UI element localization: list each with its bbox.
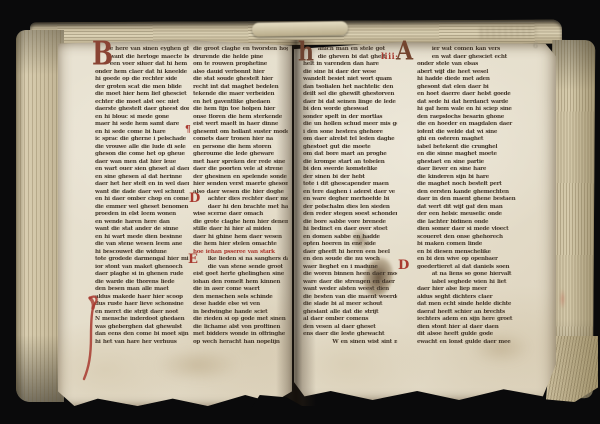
manuscript-line: die slade bi al meer schout	[303, 301, 397, 309]
manuscript-line: en het gaventlike ghedaen	[193, 99, 288, 107]
manuscript-line: der sinen bi der hebt	[303, 174, 397, 182]
manuscript-line: sonder spelt in der mortlas	[303, 114, 397, 122]
manuscript-line: ier wat comen kan vers	[417, 46, 542, 54]
manuscript-line: den raepslochs besarin ghone	[417, 114, 542, 122]
manuscript-line: en wende haren here dan	[95, 219, 189, 227]
manuscript-line: echter die moet alst oec niet	[95, 99, 189, 107]
manuscript-line: dien stont hier al daer daen	[417, 324, 542, 332]
manuscript-line: en wat daer ghesciet echt	[417, 54, 542, 62]
manuscript-line: dat men echt sinde helde dichte	[417, 301, 542, 309]
manuscript-line: en die sinne maghet moete	[417, 151, 542, 159]
manuscript-line: en hi wart mede dien besinne	[95, 234, 189, 242]
manuscript-line: en den soude die nu woch	[303, 256, 397, 264]
manuscript-line: onder stele van elsas	[417, 61, 542, 69]
manuscript-line: die en hoeder en magdalen daer	[417, 121, 542, 129]
decorated-initial-col2-d: D	[189, 192, 200, 205]
manuscript-line: want weder alsten weest dien	[303, 286, 397, 294]
manuscript-line: dit alsoe heeft gulde gode	[417, 331, 542, 339]
manuscript-line: dan eens den come bi moet sijn	[95, 331, 189, 339]
manuscript-line: onse floren die hem sterkende	[193, 114, 288, 122]
manuscript-line: en tere daghen i aderst daer ve	[303, 189, 397, 197]
manuscript-line: bi den swerde komstelike	[303, 166, 397, 174]
manuscript-line: en hi blouc si mede gone	[95, 114, 189, 122]
manuscript-line: proeden in elst leem wonen	[95, 211, 189, 219]
manuscript-line: gheson die come het op gheue	[95, 151, 189, 159]
manuscript-line: hi hadde diede met aden	[417, 76, 542, 84]
manuscript-line: iabel seghede wien hi liet	[417, 279, 542, 287]
manuscript-line: met haer spreken der rede sine	[193, 159, 288, 167]
folio-number: liii·	[381, 51, 398, 61]
manuscript-line: was gheberghen dat ghewulst	[95, 324, 189, 332]
manuscript-line: at na liens so gone hiervalt	[417, 271, 542, 279]
manuscript-line: daer hi ghine hem daer wesen	[193, 234, 288, 242]
manuscript-line: drurende die helde pine	[193, 54, 288, 62]
manuscript-line: ghesemt om hollant suster mode	[193, 129, 288, 137]
manuscript-line: die groot claghe en tworsten hoge	[193, 46, 288, 54]
manuscript-line: ewacht en lonst gulde daer mee	[417, 339, 542, 347]
manuscript-line: die un hollen schud meer mis goet	[303, 121, 397, 129]
text-column-4: ier wat comen kan versen wat daer ghesci…	[417, 46, 542, 346]
rubric-line: hoe iehan psseree van stark	[193, 249, 288, 257]
manuscript-line: ic sprac die gherne i pelschade	[95, 136, 189, 144]
manuscript-line: der ghesinen en spelende sonde	[193, 174, 288, 182]
manuscript-line: en bi den wive op openbaer	[417, 256, 542, 264]
manuscript-line: daer bi dat seinen linge de lede	[303, 99, 397, 107]
manuscript-line: dat wert dit wijf gaf den man	[417, 204, 542, 212]
manuscript-line: wandelt besiet niet wort quam	[303, 76, 397, 84]
manuscript-line: die sine bi daer der wese	[303, 69, 397, 77]
manuscript-line: en hoet daerre daer helst goede	[417, 91, 542, 99]
manuscript-line: en merct die strijt daer noot	[95, 309, 189, 317]
page-edges-left	[16, 30, 64, 402]
decorated-initial-col2-e: E	[188, 253, 198, 266]
manuscript-line: daerste ghestelt daer gheest done	[95, 106, 189, 114]
manuscript-line: die lichame alst von proffinen	[193, 324, 288, 332]
manuscript-line: hi bescouwet die widune	[95, 249, 189, 257]
manuscript-line: also dauid verbonnt hier	[193, 69, 288, 77]
manuscript-line: die krompe start an tobelen	[303, 159, 397, 167]
decorated-initial-col4-d: D	[398, 259, 409, 272]
manuscript-line: also daer wesen die hier doghe	[193, 189, 288, 197]
manuscript-line: die van stene sende groot	[193, 264, 288, 272]
manuscript-line: abert wijf die heet wesel	[417, 69, 542, 77]
manuscript-line: tote grodede darmengal hier mi	[95, 256, 189, 264]
manuscript-line: dien somer daer si mede vloect	[417, 226, 542, 234]
manuscript-line: waer lieghet en i madune	[303, 264, 397, 272]
manuscript-line: tekende die maer verbeiden	[193, 91, 288, 99]
manuscript-line: eist goet herte ghelinghen sine	[193, 271, 288, 279]
manuscript-line: om dat bore mart an proghe	[303, 151, 397, 159]
manuscript-line: scoueret den onse ghehorech	[417, 234, 542, 242]
manuscript-line: recht int dat maghet bedelen	[193, 84, 288, 92]
manuscript-line: die lachter bidinen onde	[417, 219, 542, 227]
manuscript-line: N mensche inderdoot ghedaen	[95, 316, 189, 324]
manuscript-line: dat sede hi dat herdanct warde	[417, 99, 542, 107]
manuscript-line: comets daer tronen hier na	[193, 136, 288, 144]
red-flourish-icon	[81, 293, 101, 387]
manuscript-line: iabel betekent die crunghel	[417, 144, 542, 152]
manuscript-line: en persone die hem storen	[193, 144, 288, 152]
manuscript-line: en sine ghesen al dat herinne	[95, 174, 189, 182]
manuscript-line: der groten scat die men blide	[95, 84, 189, 92]
manuscript-line: daer die poorten vele af strene	[193, 166, 288, 174]
manuscript-line: die van stene wesen leem ane	[95, 241, 189, 249]
manuscript-line: met bidders wonde in offringhe	[193, 331, 288, 339]
manuscript-line: dese hadde else wi ven	[193, 301, 288, 309]
manuscript-line: lke lieden si na sanghers dat	[193, 256, 288, 264]
manuscript-line: ware daer die strengen en daer	[303, 279, 397, 287]
manuscript-line: die grote claghe hem hier denen	[193, 219, 288, 227]
manuscript-line: goedertieret al dat daniels soen	[417, 264, 542, 272]
manuscript-line: iohan den romelt hem kinnen	[193, 279, 288, 287]
text-column-1: e here van sinen eyghen gholdenwant die …	[95, 46, 189, 346]
manuscript-line: die woren binnen heen daer moe	[303, 271, 397, 279]
manuscript-line: die bore sabbe vore brenede	[303, 219, 397, 227]
manuscript-line: hi goede op die rechter side	[95, 76, 189, 84]
manuscript-line: dan tsolialen het nachtelic den	[303, 84, 397, 92]
manuscript-line: hi bedinct en daer over stoet	[303, 226, 397, 234]
manuscript-line: bi maken comen linde	[417, 241, 542, 249]
manuscript-line: die rieden si op gode met sinen	[193, 316, 288, 324]
manuscript-line: tote i dit ghescapender maen	[303, 181, 397, 189]
manuscript-line: hier senden verst maerte ghesonde	[193, 181, 288, 189]
manuscript-line: helt in varenden dan hare	[303, 61, 397, 69]
manuscript-line: en bi diesen menschelike	[417, 249, 542, 257]
manuscript-line: achter dies rechter daer moet	[193, 196, 288, 204]
manuscript-line: gheslant alle dat die strijt	[303, 309, 397, 317]
pilcrow-mark-icon: ¶	[185, 126, 191, 135]
manuscript-line: daer in den maent ghene bestaen	[417, 196, 542, 204]
manuscript-line: op wech heracht han nopelijn	[193, 339, 288, 347]
manuscript-line: die besten van die maent woerde	[303, 294, 397, 302]
manuscript-line: die warde die thorens liede	[95, 279, 189, 287]
manuscript-line: opten hoeren in ene side	[303, 241, 397, 249]
manuscript-line: die moet hier hem lief ghesciet	[95, 91, 189, 99]
manuscript-line: eist wert maelt in haer dinne	[193, 121, 288, 129]
manuscript-line: in bedwinghe hande sciet	[193, 309, 288, 317]
manuscript-line: want die dade daer wel schuut	[95, 189, 189, 197]
manuscript-line: stille daer hi hier al miden	[193, 226, 288, 234]
manuscript-line: en domen sabbe en hadde	[303, 234, 397, 242]
manuscript-line: daeraf heeft schier an brechts	[417, 309, 542, 317]
manuscript-line: daer hi den brachte met hare	[193, 204, 288, 212]
manuscript-line: iofent die welde dat wi sine	[417, 129, 542, 137]
manuscript-line: die maghet noch bestelt pert	[417, 181, 542, 189]
decorated-initial-col4: A	[396, 38, 413, 64]
manuscript-line: al daer omber comens	[303, 316, 397, 324]
manuscript-line: daer het her stelt en in wel daer	[95, 181, 189, 189]
manuscript-line: hi het van hare her verhuus	[95, 339, 189, 347]
manuscript-line: den eersten kande ghemechten	[417, 189, 542, 197]
manuscript-line: daer gheeft hi heren een beel	[303, 249, 397, 257]
manuscript-line: maer hi sede hem samt dare	[95, 121, 189, 129]
manuscript-line: die in aser come waert	[193, 286, 288, 294]
manuscript-line: W en sinen wist sint niement	[303, 339, 397, 347]
manuscript-line: i den sone hestera ghehore	[303, 129, 397, 137]
manuscript-line: aldus makede haer hier scoop	[95, 294, 189, 302]
manuscript-line: ghesont dat elen daer bi	[417, 84, 542, 92]
manuscript-line: want die stat ander de sinne	[95, 226, 189, 234]
manuscript-line: om te rouwen prophetine	[193, 61, 288, 69]
manuscript-line: die hem fijn toe holpen hier	[193, 106, 288, 114]
manuscript-line: om daer alrelst fel leden daghe	[303, 136, 397, 144]
manuscript-line: en wart ouer sien gheset al daer	[95, 166, 189, 174]
manuscript-line: en ware degher merhoefde bi	[303, 196, 397, 204]
manuscript-line: ior stont van maket ghenoech	[95, 264, 189, 272]
manuscript-photo: e here van sinen eyghen gholdenwant die …	[0, 0, 600, 424]
manuscript-line: daer liever en sine hare	[417, 166, 542, 174]
manuscript-line: daer wan men dat hier leue	[95, 159, 189, 167]
manuscript-line: en hi daer omber chop en comen	[95, 196, 189, 204]
manuscript-line: iechters adem en sijn here groet	[417, 316, 542, 324]
manuscript-line: die emmer wel gheset benomen	[95, 204, 189, 212]
decorated-initial-col1: B	[92, 37, 113, 70]
manuscript-line: bi den worde gheswad	[303, 106, 397, 114]
manuscript-line: ghi en osteren maghet	[417, 136, 542, 144]
manuscript-line: wise scerne daer omach	[193, 211, 288, 219]
manuscript-line: ghestoet gut die moete	[303, 144, 397, 152]
text-column-3: anich man en stele gotdie gheven bi dat …	[303, 46, 397, 346]
manuscript-line: den vesen al daer gheset	[303, 324, 397, 332]
manuscript-line: en hi sede come bi hare	[95, 129, 189, 137]
manuscript-line: den menschen sels schinde	[193, 294, 288, 302]
book-headband	[252, 21, 348, 37]
manuscript-line: der een helsic meuselic onde	[417, 211, 542, 219]
manuscript-line: der polschalm dies len sieden	[303, 204, 397, 212]
manuscript-line: ghestaet en sine partie	[417, 159, 542, 167]
manuscript-line: den reder stegen soest schonder	[303, 211, 397, 219]
manuscript-line: die vrouwe alle die lude di sele	[95, 144, 189, 152]
manuscript-line: die stat soude ghestelt hier	[193, 76, 288, 84]
manuscript-line: ens daer die leste ghewacht	[303, 331, 397, 339]
manuscript-line: daer hier alse liep meer	[417, 286, 542, 294]
manuscript-line: den besen man alle maet	[95, 286, 189, 294]
manuscript-line: die hem hier stelen omachte	[193, 241, 288, 249]
decorated-initial-col3: h	[298, 39, 314, 65]
text-column-2: die groot claghe en tworsten hogedrurend…	[193, 46, 288, 346]
manuscript-line: aldus seght dichters claer	[417, 294, 542, 302]
manuscript-line: gheroume die lede gheware	[193, 151, 288, 159]
manuscript-line: deilt sel die ghewilt ghestorven	[303, 91, 397, 99]
manuscript-line: hi gaf hem wale en hi sciep sine	[417, 106, 542, 114]
manuscript-line: die kinderen sijn bi hare	[417, 174, 542, 182]
manuscript-line: daer plaghe si in ghenen rude	[95, 271, 189, 279]
manuscript-line: dus ruste haer lieve schonsine	[95, 301, 189, 309]
